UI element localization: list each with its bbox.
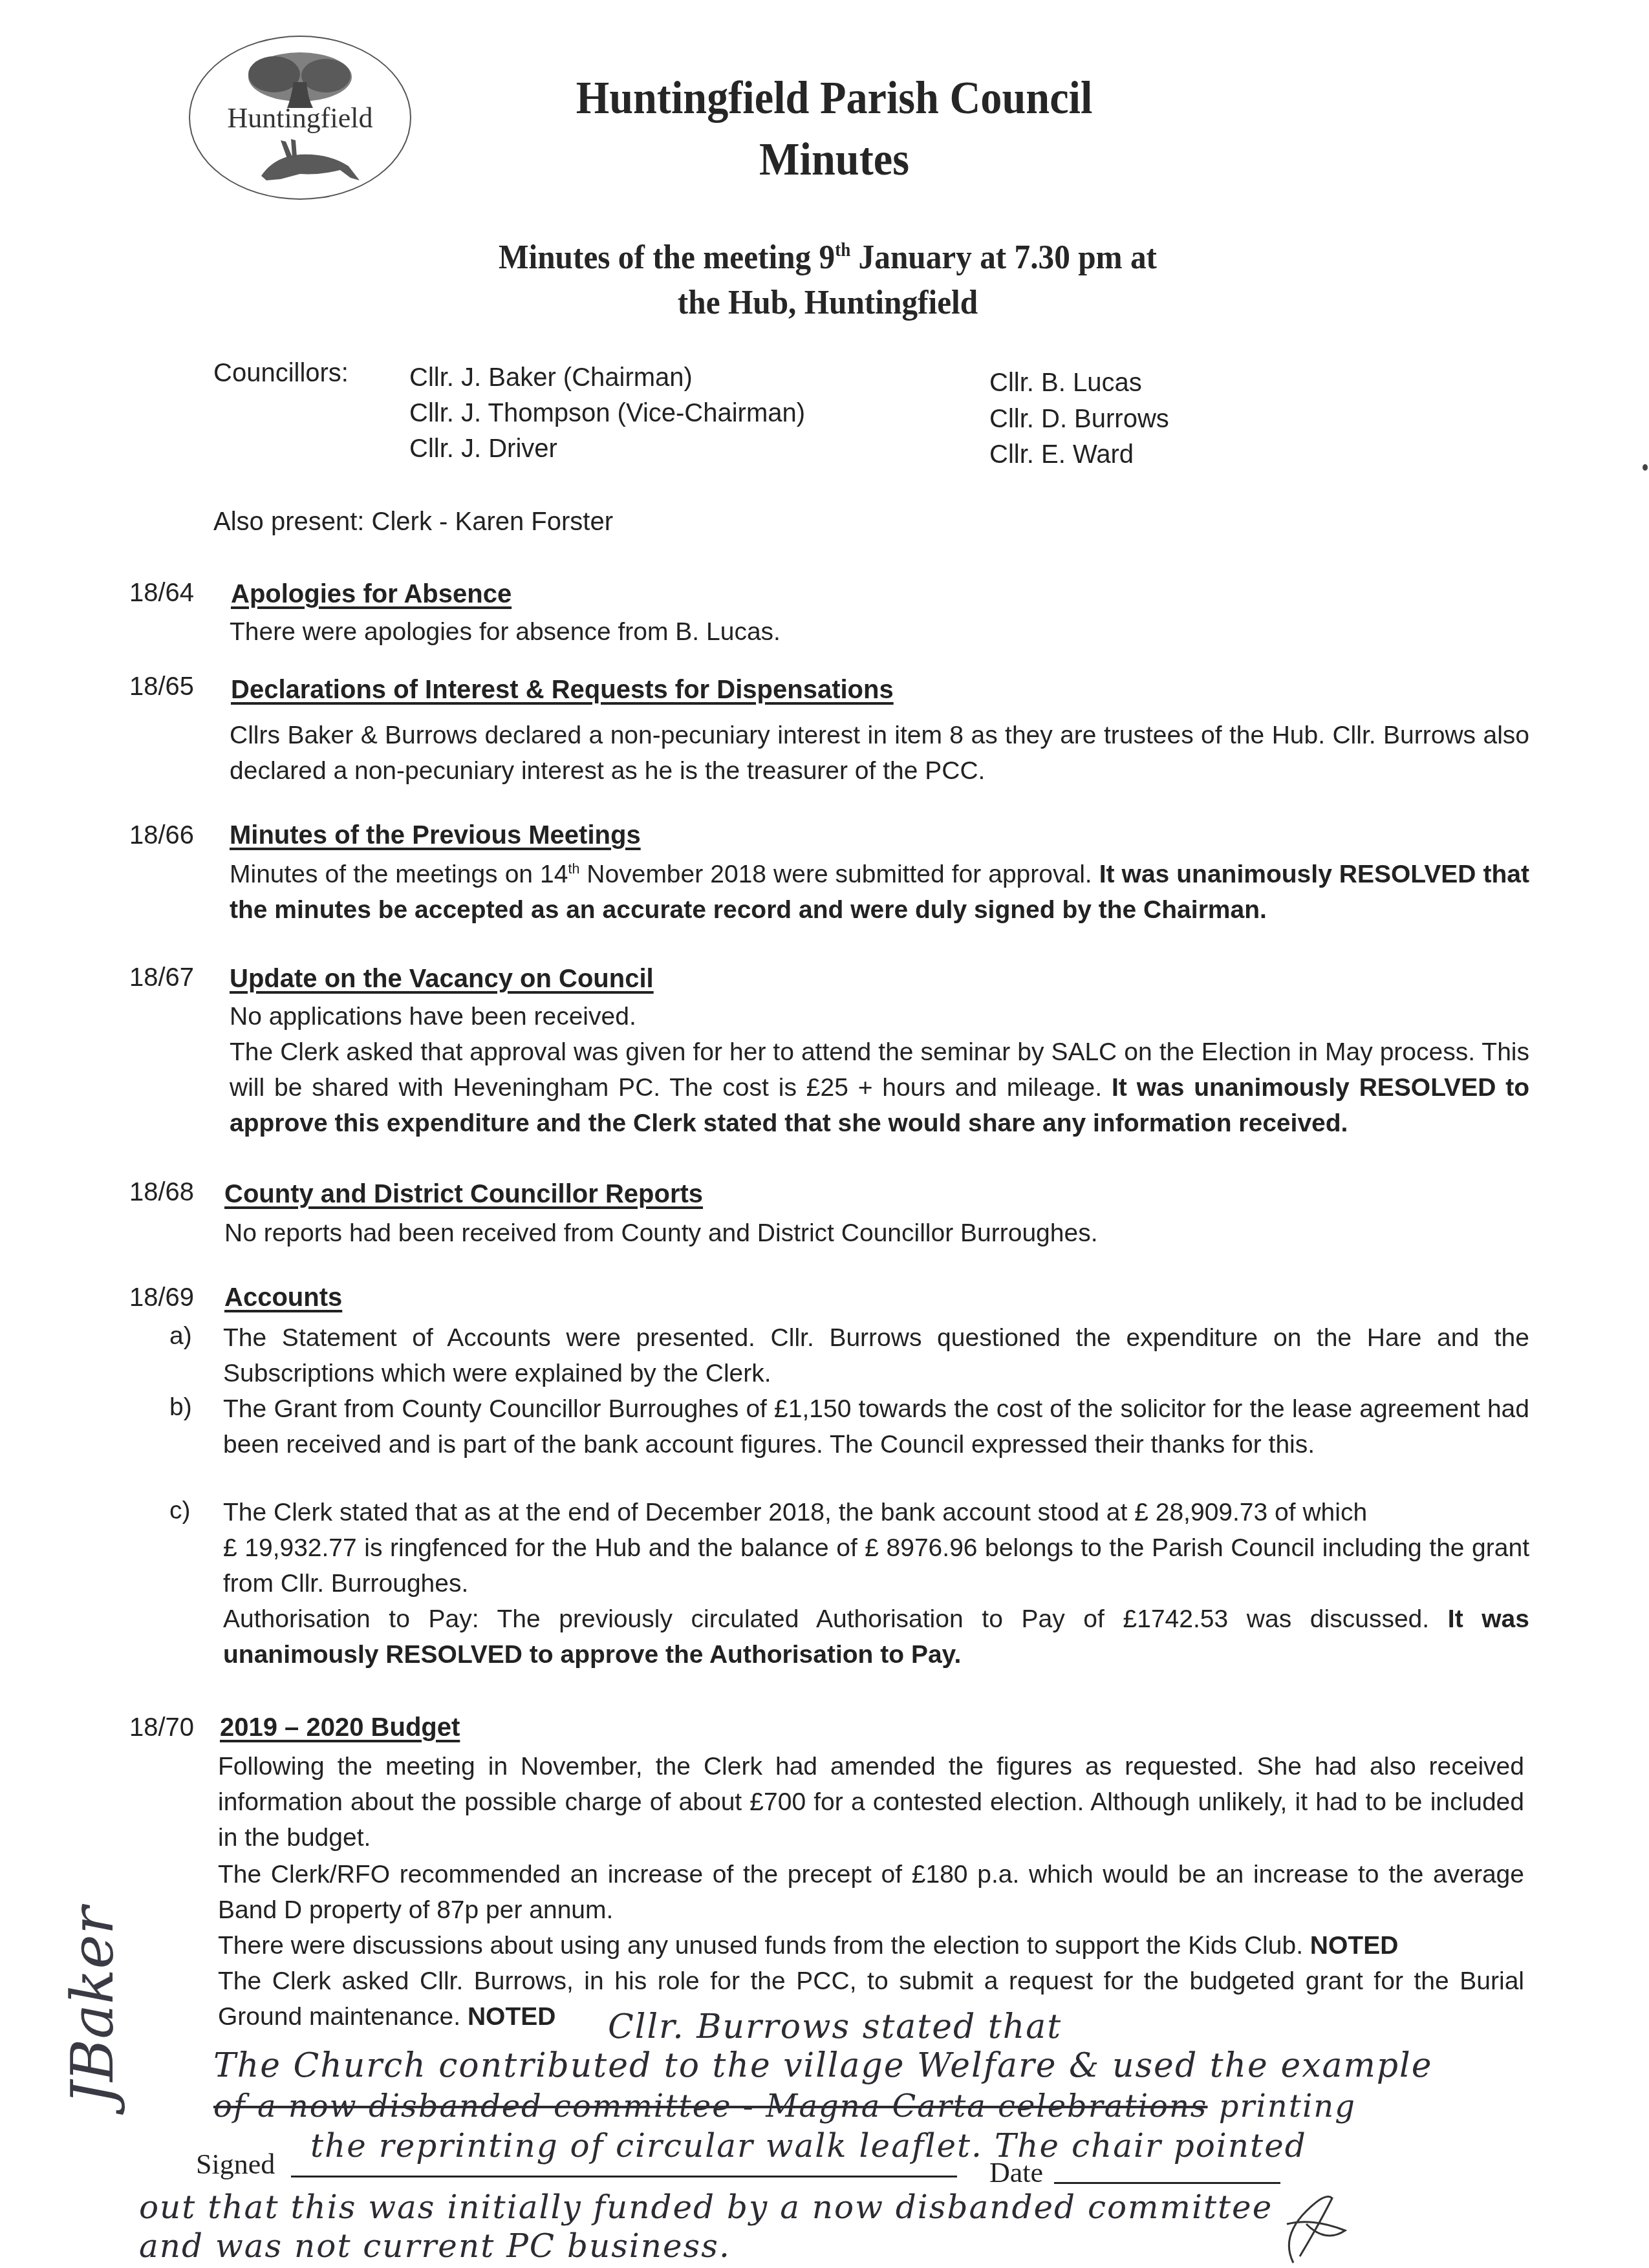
councillor-entry: Cllr. E. Ward — [989, 440, 1134, 469]
item-text: No applications have been received. — [230, 999, 1529, 1034]
item-text: The Clerk asked that approval was given … — [230, 1034, 1529, 1141]
subitem-letter: a) — [169, 1322, 192, 1351]
handwritten-note-line4: the reprinting of circular walk leaflet.… — [310, 2127, 1307, 2165]
handwritten-note-line6: and was not current PC business. — [139, 2227, 731, 2265]
item-number: 18/69 — [129, 1283, 194, 1312]
handwritten-note-line5: out that this was initially funded by a … — [139, 2188, 1273, 2226]
item-number: 18/65 — [129, 672, 194, 701]
struck-out-text: of a now disbanded committee - Magna Car… — [213, 2088, 1207, 2124]
councillors-label: Councillors: — [213, 359, 349, 388]
hare-icon — [190, 37, 410, 198]
councillor-entry: Cllr. B. Lucas — [989, 369, 1142, 398]
margin-signature: JBaker — [39, 1875, 142, 2121]
item-number: 18/67 — [129, 963, 194, 992]
item-heading: Apologies for Absence — [231, 580, 512, 609]
document-title-line2: Minutes — [483, 133, 1185, 186]
councillor-entry: Cllr. J. Driver — [409, 434, 557, 464]
item-heading: Minutes of the Previous Meetings — [230, 821, 641, 850]
item-text: Minutes of the meetings on 14th November… — [230, 857, 1529, 928]
item-text: The Clerk/RFO recommended an increase of… — [218, 1857, 1524, 1928]
meeting-subtitle: Minutes of the meeting 9th January at 7.… — [394, 238, 1260, 277]
subitem-letter: c) — [169, 1497, 191, 1525]
authorisation-text: Authorisation to Pay: The previously cir… — [223, 1601, 1529, 1673]
subitem-letter: b) — [169, 1393, 192, 1422]
item-text: Cllrs Baker & Burrows declared a non-pec… — [230, 718, 1529, 789]
item-number: 18/70 — [129, 1713, 194, 1742]
document-title: Huntingfield Parish Council — [483, 71, 1185, 125]
item-number: 18/68 — [129, 1178, 194, 1207]
item-text: There were discussions about using any u… — [218, 1928, 1524, 1963]
councillor-entry: Cllr. J. Baker (Chairman) — [409, 363, 693, 392]
handwritten-note-line3: of a now disbanded committee - Magna Car… — [213, 2088, 1356, 2124]
signed-label: Signed — [196, 2148, 275, 2181]
item-text: No reports had been received from County… — [224, 1215, 1524, 1251]
signature-line — [291, 2176, 957, 2177]
item-heading: County and District Councillor Reports — [224, 1180, 703, 1209]
item-heading: 2019 – 2020 Budget — [220, 1713, 460, 1742]
initials-scribble-icon — [1267, 2185, 1358, 2268]
subitem-text: The Clerk stated that as at the end of D… — [223, 1495, 1529, 1530]
councillor-entry: Cllr. D. Burrows — [989, 405, 1169, 434]
item-text: There were apologies for absence from B.… — [230, 614, 1529, 650]
handwritten-note-line2: The Church contributed to the village We… — [213, 2046, 1433, 2085]
huntingfield-logo: Huntingfield — [189, 36, 411, 200]
scan-mark — [1643, 464, 1648, 471]
item-number: 18/66 — [129, 821, 194, 850]
councillor-entry: Cllr. J. Thompson (Vice-Chairman) — [409, 399, 805, 428]
handwritten-note-line1: Cllr. Burrows stated that — [608, 2007, 1062, 2046]
item-heading: Declarations of Interest & Requests for … — [231, 676, 894, 705]
item-text: Following the meeting in November, the C… — [218, 1749, 1524, 1856]
item-number: 18/64 — [129, 579, 194, 608]
item-heading: Accounts — [224, 1283, 342, 1312]
subitem-text: £ 19,932.77 is ringfenced for the Hub an… — [223, 1530, 1529, 1601]
date-line — [1054, 2182, 1280, 2184]
meeting-location: the Hub, Huntingfield — [394, 283, 1260, 322]
item-heading: Update on the Vacancy on Council — [230, 965, 654, 994]
also-present: Also present: Clerk - Karen Forster — [213, 508, 613, 537]
subitem-text: The Statement of Accounts were presented… — [223, 1320, 1529, 1391]
subitem-text: The Grant from County Councillor Burroug… — [223, 1391, 1529, 1462]
